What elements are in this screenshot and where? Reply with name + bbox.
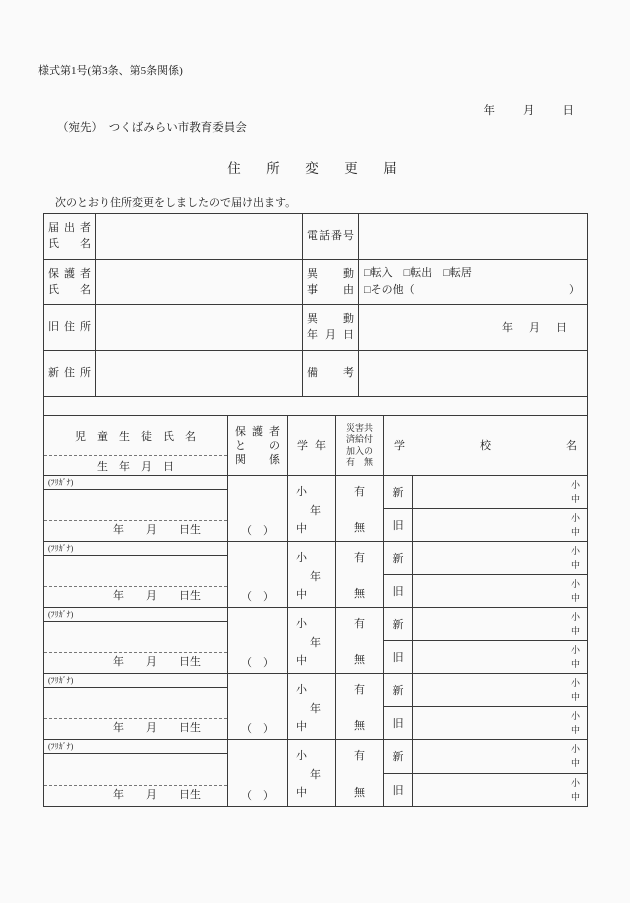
old-school-juniorhigh-option[interactable]: 中 xyxy=(413,525,580,539)
insurance-cell: 有 無 xyxy=(336,476,384,541)
guardian-name-label-line1: 保護者 xyxy=(48,266,91,282)
school-cell: 新 小 中 旧 小 中 xyxy=(384,674,587,739)
old-school-field[interactable]: 小 中 xyxy=(413,509,587,541)
old-school-juniorhigh-option[interactable]: 中 xyxy=(413,591,580,605)
new-address-row: 新住所 備考 xyxy=(44,351,587,397)
student-rows: (ﾌﾘｶﾞﾅ) 年 月 日生 （ ） 小 年 中 有 無 新 xyxy=(44,476,587,806)
guardian-relation-header-line1: 保護者 xyxy=(235,425,280,439)
birthdate-field[interactable]: 年 月 日生 xyxy=(44,520,227,541)
grade-elementary-option[interactable]: 小 xyxy=(296,615,307,631)
guardian-relation-header-line2: との xyxy=(235,439,280,453)
new-school-elementary-option[interactable]: 小 xyxy=(413,610,580,624)
student-name-field[interactable] xyxy=(44,622,227,652)
insurance-no-option[interactable]: 無 xyxy=(354,717,365,733)
new-address-field[interactable] xyxy=(96,351,303,397)
new-school-row: 新 小 中 xyxy=(384,674,587,707)
birthdate-field[interactable]: 年 月 日生 xyxy=(44,718,227,739)
new-school-row: 新 小 中 xyxy=(384,542,587,575)
reason-other-option[interactable]: □その他（ ） xyxy=(364,282,587,299)
old-address-field[interactable] xyxy=(96,305,303,350)
school-cell: 新 小 中 旧 小 中 xyxy=(384,542,587,607)
reporter-name-label-line2: 氏名 xyxy=(48,236,91,252)
student-row: (ﾌﾘｶﾞﾅ) 年 月 日生 （ ） 小 年 中 有 無 新 xyxy=(44,476,587,542)
grade-cell: 小 年 中 xyxy=(288,476,336,541)
new-school-juniorhigh-option[interactable]: 中 xyxy=(413,492,580,506)
school-name-header-label: 学校名 xyxy=(394,438,577,454)
old-school-row: 旧 小 中 xyxy=(384,509,587,541)
reporter-name-field[interactable] xyxy=(96,214,303,259)
student-name-header: 児 童 生 徒 氏 名 生 年 月 日 xyxy=(44,416,228,475)
addressee: （宛先） つくばみらい市教育委員会 xyxy=(57,119,247,135)
old-school-juniorhigh-option[interactable]: 中 xyxy=(413,723,580,737)
phone-label-line: 電話番号 xyxy=(307,228,354,244)
insurance-yes-option[interactable]: 有 xyxy=(354,747,365,763)
new-school-juniorhigh-option[interactable]: 中 xyxy=(413,690,580,704)
reporter-row: 届出者 氏名 電話番号 xyxy=(44,214,587,260)
reporter-name-label: 届出者 氏名 xyxy=(44,214,96,259)
date-day-label: 日 xyxy=(563,102,575,118)
reason-checkbox-options[interactable]: □転入 □転出 □転居 xyxy=(364,265,587,282)
school-cell: 新 小 中 旧 小 中 xyxy=(384,476,587,541)
old-school-field[interactable]: 小 中 xyxy=(413,641,587,673)
old-school-elementary-option[interactable]: 小 xyxy=(413,709,580,723)
move-date-field[interactable]: 年 月 日 xyxy=(359,305,587,350)
student-name-header-label: 児 童 生 徒 氏 名 xyxy=(44,416,227,455)
insurance-header-line1: 災害共 xyxy=(346,423,373,435)
furigana-label: (ﾌﾘｶﾞﾅ) xyxy=(44,740,227,754)
student-row: (ﾌﾘｶﾞﾅ) 年 月 日生 （ ） 小 年 中 有 無 新 xyxy=(44,542,587,608)
furigana-label: (ﾌﾘｶﾞﾅ) xyxy=(44,674,227,688)
grade-elementary-option[interactable]: 小 xyxy=(296,483,307,499)
student-name-field[interactable] xyxy=(44,754,227,785)
insurance-cell: 有 無 xyxy=(336,674,384,739)
grade-year-label: 年 xyxy=(310,502,321,518)
reporter-name-label-line1: 届出者 xyxy=(48,220,91,236)
grade-header: 学年 xyxy=(288,416,336,475)
date-year-label: 年 xyxy=(484,102,496,118)
new-school-field[interactable]: 小 中 xyxy=(413,542,587,574)
move-reason-label: 異動 事由 xyxy=(303,260,359,305)
new-school-field[interactable]: 小 中 xyxy=(413,740,587,773)
student-row: (ﾌﾘｶﾞﾅ) 年 月 日生 （ ） 小 年 中 有 無 新 xyxy=(44,740,587,806)
old-school-row: 旧 小 中 xyxy=(384,774,587,807)
birthdate-field[interactable]: 年 月 日生 xyxy=(44,586,227,607)
new-school-elementary-option[interactable]: 小 xyxy=(413,544,580,558)
new-school-field[interactable]: 小 中 xyxy=(413,476,587,508)
new-school-label: 新 xyxy=(384,542,413,574)
new-school-juniorhigh-option[interactable]: 中 xyxy=(413,624,580,638)
old-school-elementary-option[interactable]: 小 xyxy=(413,776,580,790)
applicant-info-table: 届出者 氏名 電話番号 保護者 氏名 異動 事由 □転入 □転出 □転居 xyxy=(43,213,588,397)
old-school-field[interactable]: 小 中 xyxy=(413,774,587,807)
insurance-yes-option[interactable]: 有 xyxy=(354,483,365,499)
grade-year-label: 年 xyxy=(310,766,321,782)
grade-juniorhigh-option[interactable]: 中 xyxy=(296,586,307,602)
new-school-juniorhigh-option[interactable]: 中 xyxy=(413,756,580,770)
submission-date-line: 年 月 日 xyxy=(484,102,575,118)
old-address-label-line: 旧住所 xyxy=(48,319,91,335)
old-school-row: 旧 小 中 xyxy=(384,641,587,673)
student-name-cell: (ﾌﾘｶﾞﾅ) 年 月 日生 xyxy=(44,674,228,739)
date-month-label: 月 xyxy=(523,102,535,118)
student-name-cell: (ﾌﾘｶﾞﾅ) 年 月 日生 xyxy=(44,740,228,806)
grade-elementary-option[interactable]: 小 xyxy=(296,681,307,697)
remarks-label: 備考 xyxy=(303,351,359,397)
new-address-label: 新住所 xyxy=(44,351,96,397)
relation-field[interactable]: （ ） xyxy=(228,476,288,541)
insurance-cell: 有 無 xyxy=(336,740,384,806)
grade-header-label: 学年 xyxy=(297,438,326,454)
phone-label: 電話番号 xyxy=(303,214,359,259)
relation-field[interactable]: （ ） xyxy=(228,740,288,806)
school-cell: 新 小 中 旧 小 中 xyxy=(384,740,587,806)
birthdate-field[interactable]: 年 月 日生 xyxy=(44,652,227,673)
student-name-field[interactable] xyxy=(44,490,227,520)
old-school-label: 旧 xyxy=(384,707,413,739)
move-reason-field: □転入 □転出 □転居 □その他（ ） xyxy=(359,260,587,305)
reason-other-open: □その他（ xyxy=(364,282,415,299)
old-school-field[interactable]: 小 中 xyxy=(413,575,587,607)
old-school-juniorhigh-option[interactable]: 中 xyxy=(413,657,580,671)
insurance-no-option[interactable]: 無 xyxy=(354,784,365,800)
student-name-cell: (ﾌﾘｶﾞﾅ) 年 月 日生 xyxy=(44,542,228,607)
old-address-label: 旧住所 xyxy=(44,305,96,350)
new-school-label: 新 xyxy=(384,476,413,508)
new-school-elementary-option[interactable]: 小 xyxy=(413,478,580,492)
move-date-month-label: 月 xyxy=(529,319,540,335)
furigana-label: (ﾌﾘｶﾞﾅ) xyxy=(44,542,227,556)
insurance-header: 災害共 済給付 加入の 有 無 xyxy=(336,416,384,475)
guardian-name-label: 保護者 氏名 xyxy=(44,260,96,305)
grade-year-label: 年 xyxy=(310,568,321,584)
spacer-row xyxy=(43,397,588,415)
student-name-cell: (ﾌﾘｶﾞﾅ) 年 月 日生 xyxy=(44,608,228,673)
student-row: (ﾌﾘｶﾞﾅ) 年 月 日生 （ ） 小 年 中 有 無 新 xyxy=(44,674,587,740)
furigana-label: (ﾌﾘｶﾞﾅ) xyxy=(44,476,227,490)
new-school-label: 新 xyxy=(384,608,413,640)
new-school-juniorhigh-option[interactable]: 中 xyxy=(413,558,580,572)
guardian-name-label-line2: 氏名 xyxy=(48,282,91,298)
address-change-form-page: 様式第1号(第3条、第5条関係) 年 月 日 （宛先） つくばみらい市教育委員会… xyxy=(0,0,630,903)
grade-elementary-option[interactable]: 小 xyxy=(296,549,307,565)
remarks-field[interactable] xyxy=(359,351,587,397)
insurance-yes-option[interactable]: 有 xyxy=(354,681,365,697)
move-reason-label-line2: 事由 xyxy=(307,282,354,298)
student-name-field[interactable] xyxy=(44,688,227,718)
grade-juniorhigh-option[interactable]: 中 xyxy=(296,520,307,536)
old-address-row: 旧住所 異動 年月日 年 月 日 xyxy=(44,305,587,351)
new-school-field[interactable]: 小 中 xyxy=(413,608,587,640)
old-school-label: 旧 xyxy=(384,641,413,673)
old-school-label: 旧 xyxy=(384,575,413,607)
insurance-cell: 有 無 xyxy=(336,542,384,607)
school-cell: 新 小 中 旧 小 中 xyxy=(384,608,587,673)
insurance-no-option[interactable]: 無 xyxy=(354,585,365,601)
grade-cell: 小 年 中 xyxy=(288,740,336,806)
school-name-header: 学校名 xyxy=(384,416,587,475)
old-school-elementary-option[interactable]: 小 xyxy=(413,643,580,657)
old-school-row: 旧 小 中 xyxy=(384,707,587,739)
new-address-label-line: 新住所 xyxy=(48,365,91,381)
reason-other-close: ） xyxy=(569,282,580,299)
new-school-row: 新 小 中 xyxy=(384,608,587,641)
birthdate-header-label: 生 年 月 日 xyxy=(44,455,227,475)
guardian-row: 保護者 氏名 異動 事由 □転入 □転出 □転居 □その他（ ） xyxy=(44,260,587,306)
insurance-yes-option[interactable]: 有 xyxy=(354,549,365,565)
grade-cell: 小 年 中 xyxy=(288,608,336,673)
move-date-year-label: 年 xyxy=(502,319,513,335)
relation-field[interactable]: （ ） xyxy=(228,608,288,673)
form-title: 住 所 変 更 届 xyxy=(0,157,630,177)
move-date-day-label: 日 xyxy=(556,319,567,335)
move-date-label-line1: 異動 xyxy=(307,311,354,327)
new-school-elementary-option[interactable]: 小 xyxy=(413,676,580,690)
move-date-label-line2: 年月日 xyxy=(307,327,354,343)
old-school-row: 旧 小 中 xyxy=(384,575,587,607)
grade-juniorhigh-option[interactable]: 中 xyxy=(296,718,307,734)
guardian-relation-header: 保護者 との 関係 xyxy=(228,416,288,475)
intro-text: 次のとおり住所変更をしましたので届け出ます。 xyxy=(55,194,296,210)
insurance-no-option[interactable]: 無 xyxy=(354,651,365,667)
new-school-row: 新 小 中 xyxy=(384,476,587,509)
grade-cell: 小 年 中 xyxy=(288,674,336,739)
old-school-field[interactable]: 小 中 xyxy=(413,707,587,739)
old-school-label: 旧 xyxy=(384,774,413,807)
old-school-elementary-option[interactable]: 小 xyxy=(413,577,580,591)
furigana-label: (ﾌﾘｶﾞﾅ) xyxy=(44,608,227,622)
remarks-label-line: 備考 xyxy=(307,365,354,381)
grade-juniorhigh-option[interactable]: 中 xyxy=(296,784,307,800)
student-row: (ﾌﾘｶﾞﾅ) 年 月 日生 （ ） 小 年 中 有 無 新 xyxy=(44,608,587,674)
insurance-cell: 有 無 xyxy=(336,608,384,673)
guardian-name-field[interactable] xyxy=(96,260,303,305)
guardian-relation-header-line3: 関係 xyxy=(235,453,280,467)
move-date-label: 異動 年月日 xyxy=(303,305,359,350)
insurance-header-line4: 有 無 xyxy=(346,457,373,469)
student-name-field[interactable] xyxy=(44,556,227,586)
grade-year-label: 年 xyxy=(310,634,321,650)
insurance-yes-option[interactable]: 有 xyxy=(354,615,365,631)
new-school-row: 新 小 中 xyxy=(384,740,587,774)
grade-juniorhigh-option[interactable]: 中 xyxy=(296,652,307,668)
insurance-no-option[interactable]: 無 xyxy=(354,519,365,535)
form-number: 様式第1号(第3条、第5条関係) xyxy=(38,62,183,78)
insurance-header-line2: 済給付 xyxy=(346,434,373,446)
phone-field[interactable] xyxy=(359,214,587,259)
move-reason-label-line1: 異動 xyxy=(307,266,354,282)
grade-year-label: 年 xyxy=(310,700,321,716)
student-table: 児 童 生 徒 氏 名 生 年 月 日 保護者 との 関係 学年 災害共 済給付… xyxy=(43,415,588,807)
student-table-header: 児 童 生 徒 氏 名 生 年 月 日 保護者 との 関係 学年 災害共 済給付… xyxy=(44,416,587,476)
grade-cell: 小 年 中 xyxy=(288,542,336,607)
new-school-label: 新 xyxy=(384,674,413,706)
old-school-juniorhigh-option[interactable]: 中 xyxy=(413,790,580,804)
relation-field[interactable]: （ ） xyxy=(228,542,288,607)
new-school-elementary-option[interactable]: 小 xyxy=(413,742,580,756)
new-school-label: 新 xyxy=(384,740,413,773)
new-school-field[interactable]: 小 中 xyxy=(413,674,587,706)
old-school-elementary-option[interactable]: 小 xyxy=(413,511,580,525)
relation-field[interactable]: （ ） xyxy=(228,674,288,739)
old-school-label: 旧 xyxy=(384,509,413,541)
insurance-header-line3: 加入の xyxy=(346,446,373,458)
birthdate-field[interactable]: 年 月 日生 xyxy=(44,785,227,806)
student-name-cell: (ﾌﾘｶﾞﾅ) 年 月 日生 xyxy=(44,476,228,541)
grade-elementary-option[interactable]: 小 xyxy=(296,747,307,763)
